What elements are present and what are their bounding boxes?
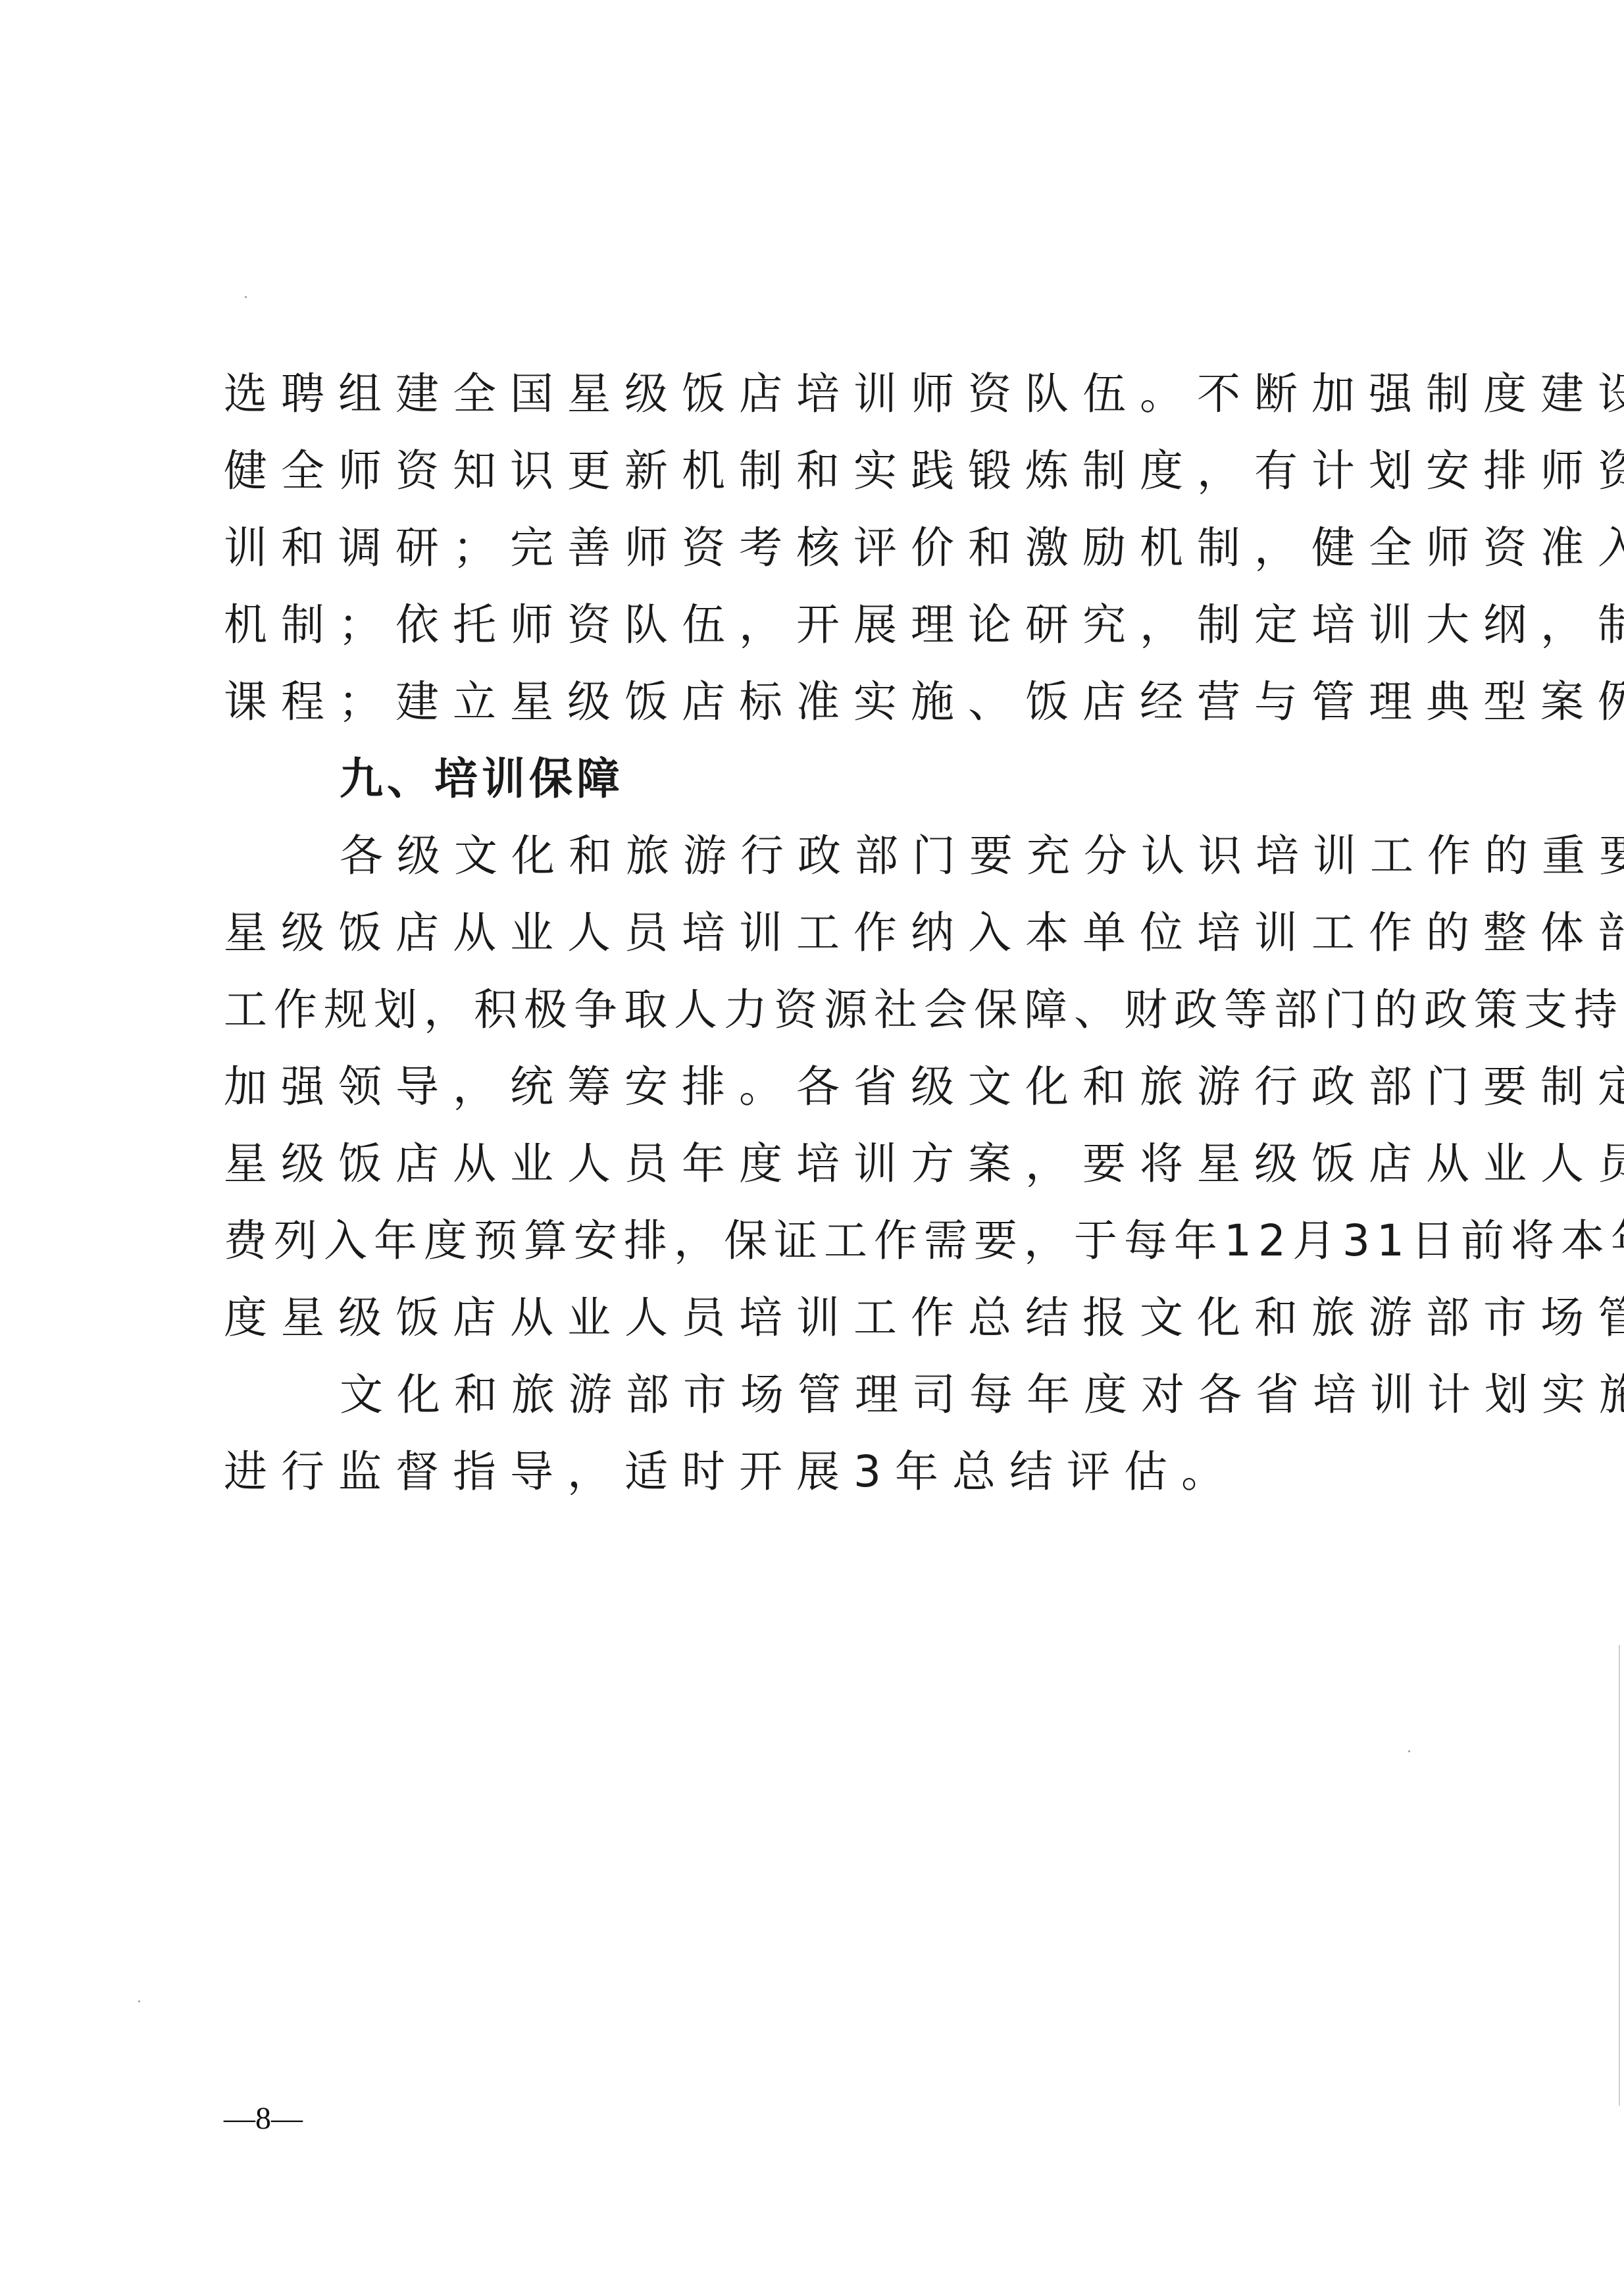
text-line: 各级文化和旅游行政部门要充分认识培训工作的重要性，把 <box>224 817 1388 894</box>
scan-speck <box>1408 1750 1410 1752</box>
text-line: 星级饭店从业人员年度培训方案，要将星级饭店从业人员培训经 <box>224 1125 1388 1202</box>
text-line: 星级饭店从业人员培训工作纳入本单位培训工作的整体部署和 <box>224 894 1388 971</box>
paragraph-training-support: 各级文化和旅游行政部门要充分认识培训工作的重要性，把 星级饭店从业人员培训工作纳… <box>224 817 1388 1356</box>
paragraph-supervision: 文化和旅游部市场管理司每年度对各省培训计划实施情况 进行监督指导，适时开展3年总… <box>224 1356 1388 1510</box>
document-page: 选聘组建全国星级饭店培训师资队伍。不断加强制度建设，建立 健全师资知识更新机制和… <box>0 0 1624 2280</box>
continued-paragraph: 选聘组建全国星级饭店培训师资队伍。不断加强制度建设，建立 健全师资知识更新机制和… <box>224 355 1388 740</box>
text-line: 文化和旅游部市场管理司每年度对各省培训计划实施情况 <box>224 1356 1388 1433</box>
scan-speck <box>138 2000 140 2002</box>
page-number: —8— <box>224 2099 303 2139</box>
text-line: 工作规划，积极争取人力资源社会保障、财政等部门的政策支持， <box>224 971 1388 1048</box>
scan-speck <box>245 296 247 298</box>
text-line: 度星级饭店从业人员培训工作总结报文化和旅游部市场管理司。 <box>224 1279 1388 1356</box>
section-heading: 九、培训保障 <box>224 740 1388 817</box>
text-line: 选聘组建全国星级饭店培训师资队伍。不断加强制度建设，建立 <box>224 355 1388 432</box>
text-line: 加强领导，统筹安排。各省级文化和旅游行政部门要制定本地区 <box>224 1048 1388 1125</box>
text-line: 健全师资知识更新机制和实践锻炼制度，有计划安排师资参加培 <box>224 432 1388 509</box>
text-line: 课程；建立星级饭店标准实施、饭店经营与管理典型案例库。 <box>224 663 1388 740</box>
text-line: 机制；依托师资队伍，开展理论研究，制定培训大纲，制作培训 <box>224 586 1388 663</box>
document-body: 选聘组建全国星级饭店培训师资队伍。不断加强制度建设，建立 健全师资知识更新机制和… <box>224 355 1388 1510</box>
scan-edge-line <box>1619 1645 1620 2106</box>
text-line: 费列入年度预算安排，保证工作需要，于每年12月31日前将本年 <box>224 1202 1388 1279</box>
text-line: 进行监督指导，适时开展3年总结评估。 <box>224 1433 1388 1510</box>
text-line: 训和调研；完善师资考核评价和激励机制，健全师资准入和退出 <box>224 509 1388 586</box>
